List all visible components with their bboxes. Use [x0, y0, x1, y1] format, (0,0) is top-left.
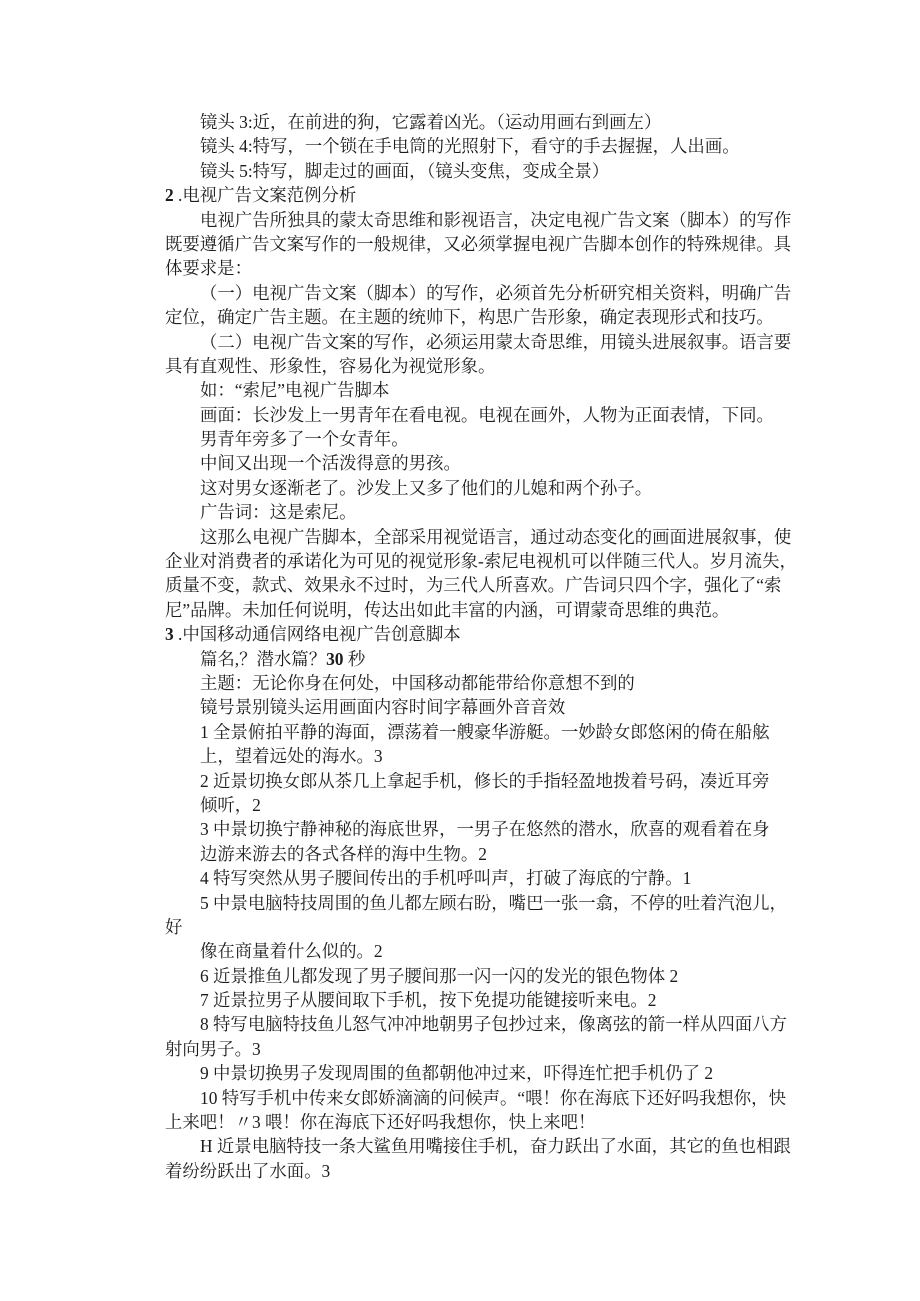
doc-section-heading: 3 .中国移动通信网络电视广告创意脚本	[165, 622, 815, 646]
doc-section-heading: 2 .电视广告文案范例分析	[165, 183, 815, 207]
doc-line: 8 特写电脑特技鱼儿怒气冲冲地朝男子包抄过来，像离弦的箭一样从四面八方	[165, 1012, 815, 1036]
doc-line: 定位，确定广告主题。在主题的统帅下，构思广告形象，确定表现形式和技巧。	[165, 305, 815, 329]
doc-line: 9 中景切换男子发现周围的鱼都朝他冲过来，吓得连忙把手机仍了 2	[165, 1061, 815, 1085]
duration-number: 30	[326, 649, 343, 669]
doc-line: 篇名,？潜水篇？30 秒	[165, 647, 815, 671]
document-page: 镜头 3:近，在前进的狗，它露着凶光。（运动用画右到画左） 镜头 4:特写，一个…	[0, 0, 920, 1301]
doc-line: 像在商量着什么似的。2	[165, 939, 815, 963]
doc-line: 具有直观性、形象性，容易化为视觉形象。	[165, 354, 815, 378]
doc-line: 上，望着远处的海水。3	[165, 744, 815, 768]
doc-line: 3 中景切换宁静神秘的海底世界，一男子在悠然的潜水，欣喜的观看着在身	[165, 817, 815, 841]
doc-line: 电视广告所独具的蒙太奇思维和影视语言，决定电视广告文案（脚本）的写作	[165, 208, 815, 232]
doc-line: 主题：无论你身在何处，中国移动都能带给你意想不到的	[165, 671, 815, 695]
doc-line: （一）电视广告文案（脚本）的写作，必须首先分析研究相关资料，明确广告	[165, 281, 815, 305]
doc-line: 好	[165, 915, 815, 939]
doc-line: 体要求是：	[165, 256, 815, 280]
doc-line: （二）电视广告文案的写作，必须运用蒙太奇思维，用镜头进展叙事。语言要	[165, 330, 815, 354]
doc-line: H 近景电脑特技一条大鲨鱼用嘴接住手机，奋力跃出了水面，其它的鱼也相跟	[165, 1134, 815, 1158]
doc-line: 企业对消费者的承诺化为可见的视觉形象-索尼电视机可以伴随三代人。岁月流失，	[165, 549, 815, 573]
doc-line: 倾听，2	[165, 793, 815, 817]
doc-line: 广告词：这是索尼。	[165, 500, 815, 524]
section-number: 3	[165, 624, 174, 644]
doc-line: 尼”品牌。未加任何说明，传达出如此丰富的内涵，可谓蒙奇思维的典范。	[165, 598, 815, 622]
document-text-block: 镜头 3:近，在前进的狗，它露着凶光。（运动用画右到画左） 镜头 4:特写，一个…	[165, 110, 815, 1183]
doc-line: 射向男子。3	[165, 1037, 815, 1061]
doc-line: 如：“索尼”电视广告脚本	[165, 378, 815, 402]
section-title: .电视广告文案范例分析	[174, 185, 357, 205]
section-title: .中国移动通信网络电视广告创意脚本	[174, 624, 461, 644]
doc-line: 质量不变，款式、效果永不过时，为三代人所喜欢。广告词只四个字，强化了“索	[165, 573, 815, 597]
doc-line: 5 中景电脑特技周围的鱼儿都左顾右盼，嘴巴一张一翕，不停的吐着汽泡儿，	[165, 891, 815, 915]
doc-line: 镜头 4:特写，一个锁在手电筒的光照射下，看守的手去握握，人出画。	[165, 134, 815, 158]
doc-line: 上来吧！〃3 喂！你在海底下还好吗我想你，快上来吧！	[165, 1110, 815, 1134]
section-number: 2	[165, 185, 174, 205]
doc-line: 4 特写突然从男子腰间传出的手机呼叫声，打破了海底的宁静。1	[165, 866, 815, 890]
doc-line: 边游来游去的各式各样的海中生物。2	[165, 842, 815, 866]
doc-line: 7 近景拉男子从腰间取下手机，按下免提功能键接听来电。2	[165, 988, 815, 1012]
doc-line: 镜头 5:特写，脚走过的画面，（镜头变焦，变成全景）	[165, 159, 815, 183]
doc-line: 镜头 3:近，在前进的狗，它露着凶光。（运动用画右到画左）	[165, 110, 815, 134]
doc-line: 这那么电视广告脚本，全部采用视觉语言，通过动态变化的画面进展叙事，使	[165, 525, 815, 549]
doc-line: 6 近景推鱼儿都发现了男子腰间那一闪一闪的发光的银色物体 2	[165, 964, 815, 988]
line-text: 秒	[343, 649, 365, 669]
doc-line: 中间又出现一个活泼得意的男孩。	[165, 451, 815, 475]
doc-line: 2 近景切换女郎从茶几上拿起手机，修长的手指轻盈地拨着号码，凑近耳旁	[165, 769, 815, 793]
doc-line: 1 全景俯拍平静的海面，漂荡着一艘豪华游艇。一妙龄女郎悠闲的倚在船舷	[165, 720, 815, 744]
doc-line: 这对男女逐渐老了。沙发上又多了他们的儿媳和两个孙子。	[165, 476, 815, 500]
doc-line: 10 特写手机中传来女郎娇滴滴的问候声。“喂！你在海底下还好吗我想你，快	[165, 1086, 815, 1110]
line-text: 篇名,？潜水篇？	[200, 649, 326, 669]
doc-line: 男青年旁多了一个女青年。	[165, 427, 815, 451]
doc-line: 着纷纷跃出了水面。3	[165, 1159, 815, 1183]
doc-line: 镜号景别镜头运用画面内容时间字幕画外音音效	[165, 695, 815, 719]
doc-line: 既要遵循广告文案写作的一般规律，又必须掌握电视广告脚本创作的特殊规律。具	[165, 232, 815, 256]
doc-line: 画面：长沙发上一男青年在看电视。电视在画外，人物为正面表情，下同。	[165, 403, 815, 427]
